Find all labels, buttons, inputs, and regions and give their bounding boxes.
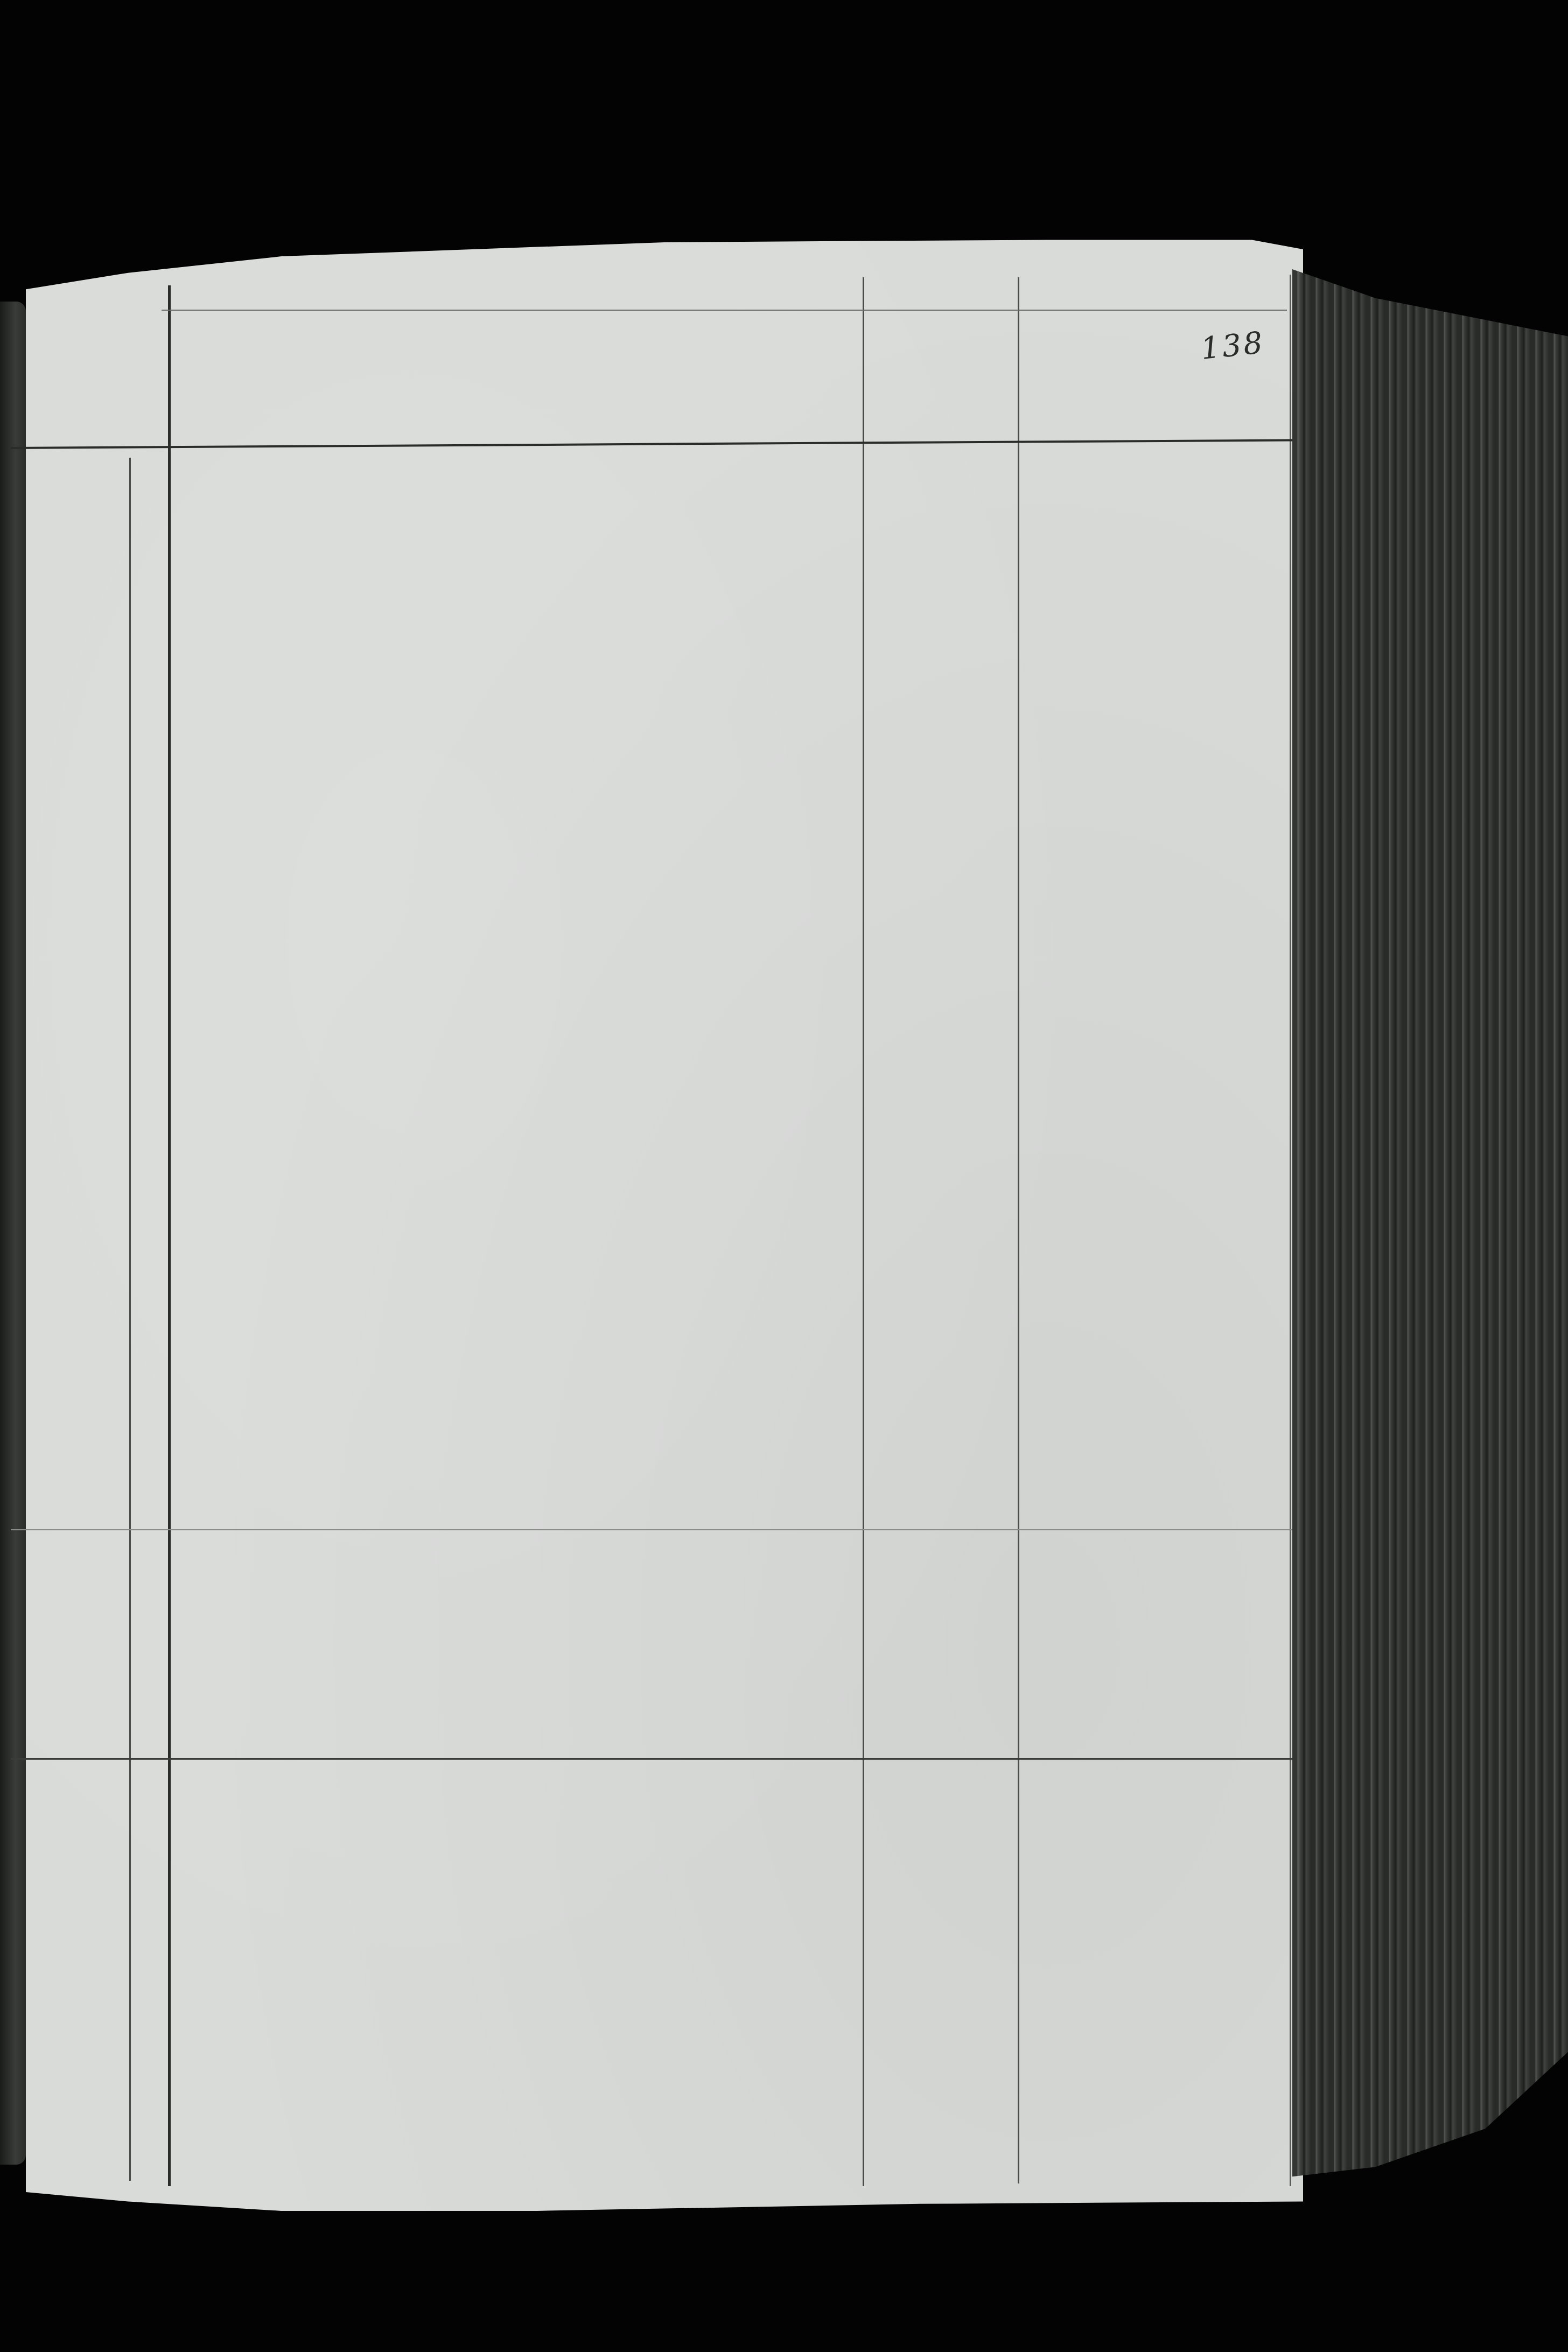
column-rule-2 [863, 277, 864, 2186]
photo-background: 138 [0, 0, 1568, 2352]
column-rule-3 [1018, 277, 1019, 2183]
margin-rule-left [129, 458, 131, 2181]
page-right-edge-rule [1290, 275, 1291, 2186]
binding-edge [0, 302, 26, 2165]
column-rule-1 [168, 285, 171, 2186]
ledger-page [26, 0, 1303, 2352]
page-stack-edges [1292, 269, 1568, 2186]
lower-section-rule [11, 1758, 1292, 1760]
page-number: 138 [1199, 325, 1266, 367]
header-top-rule [162, 310, 1287, 311]
middle-rule [11, 1529, 1292, 1530]
